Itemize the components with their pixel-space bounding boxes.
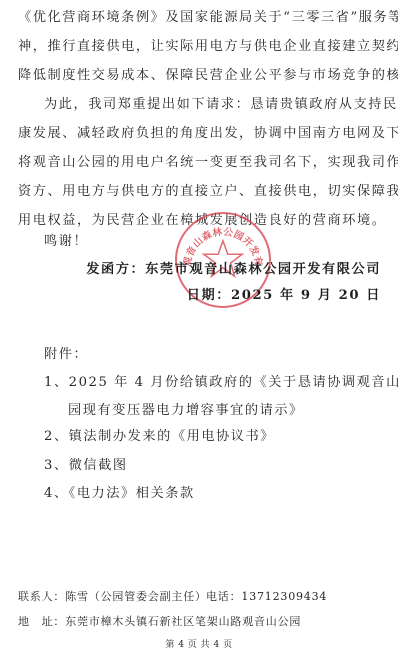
page-number: 第 4 页 共 4 页	[0, 636, 398, 654]
attachment-item-1: 1、2025 年 4 月份给镇政府的《关于恳请协调观音山国家森林公	[44, 374, 398, 392]
contact-phone: 电话：13712309434	[206, 588, 327, 606]
contact-address: 地 址：东莞市樟木头镇石新社区笔架山路观音山公园	[18, 613, 301, 631]
attachments-label: 附件：	[44, 346, 88, 364]
body-line-2: 神，推行直接供电，让实际用电方与供电企业直接建立契约关系，是	[18, 38, 398, 56]
body-line-3: 降低制度性交易成本、保障民营企业公平参与市场竞争的核心要义。	[18, 67, 398, 85]
body-line-6: 将观音山公园的用电户名统一变更至我司名下，实现我司作为实际投	[18, 154, 398, 172]
body-line-1: 《优化营商环境条例》及国家能源局关于“三零三省”服务等政策精	[18, 9, 398, 27]
sender-line: 发函方：东莞市观音山森林公园开发有限公司	[86, 261, 381, 279]
contact-person: 联系人：陈雪（公园管委会副主任）	[18, 588, 207, 606]
thanks-text: 鸣谢！	[44, 233, 88, 251]
attachment-item-3: 3、微信截图	[44, 457, 128, 475]
attachment-item-2: 2、镇法制办发来的《用电协议书》	[44, 428, 275, 446]
body-line-4: 为此，我司郑重提出如下请求：恳请贵镇政府从支持民营企业健	[44, 96, 398, 114]
attachment-item-4: 4、《电力法》相关条款	[44, 485, 195, 503]
date-line: 日期：2025 年 9 月 20 日	[187, 287, 381, 305]
body-line-7: 资方、用电方与供电方的直接立户、直接供电，切实保障我司的合法	[18, 183, 398, 201]
body-line-8: 用电权益，为民营企业在樟城发展创造良好的营商环境。	[18, 212, 386, 230]
attachment-item-1-continued: 园现有变压器电力增容事宜的请示》	[68, 402, 304, 420]
body-line-5: 康发展、减轻政府负担的角度出发，协调中国南方电网及下属公司，	[18, 125, 398, 143]
